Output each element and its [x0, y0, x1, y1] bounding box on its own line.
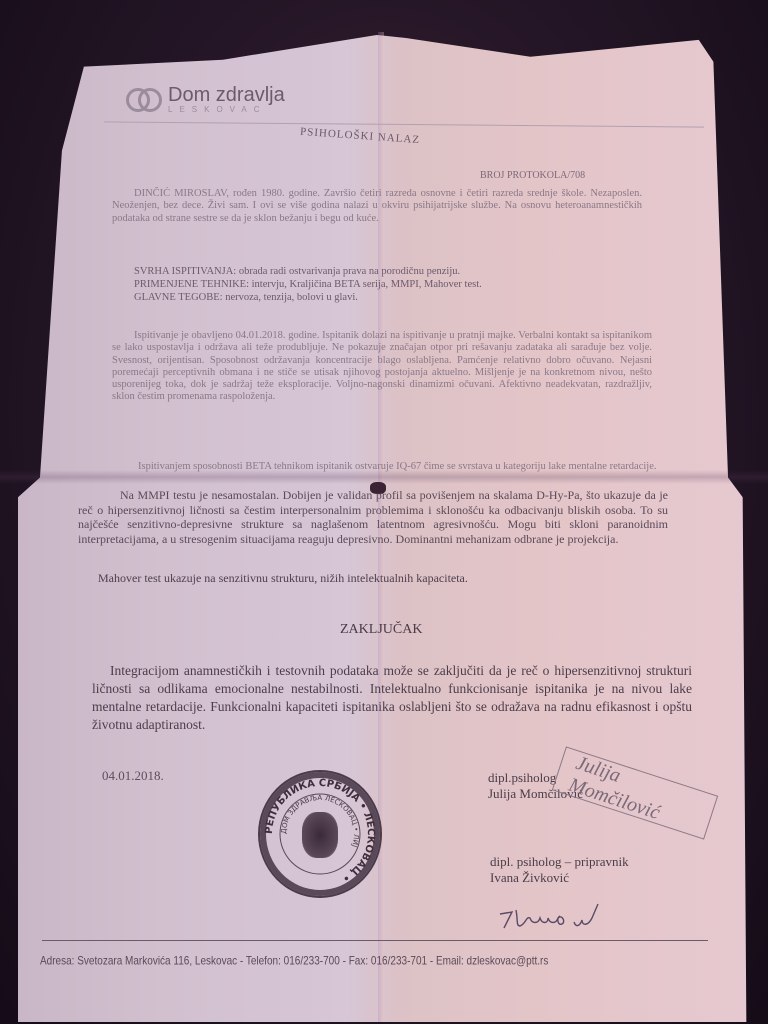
techniques-label: PRIMENJENE TEHNIKE:: [134, 279, 249, 290]
beta-paragraph: Ispitivanjem sposobnosti BETA tehnikom i…: [92, 461, 662, 473]
signatory-2-name: Ivana Živković: [490, 870, 629, 886]
document-date: 04.01.2018.: [102, 768, 164, 784]
conclusion-paragraph: Integracijom anamnestičkih i testovnih p…: [92, 662, 692, 734]
machover-paragraph: Mahover test ukazuje na senzitivnu struk…: [98, 572, 618, 584]
examination-paragraph: Ispitivanje je obavljeno 04.01.2018. god…: [112, 330, 652, 404]
signatory-2: dipl. psiholog – pripravnik Ivana Živkov…: [490, 854, 629, 886]
institution-logo: Dom zdravlja LESKOVAC: [126, 84, 285, 114]
institution-city: LESKOVAC: [168, 105, 285, 114]
signatory-2-role: dipl. psiholog – pripravnik: [490, 854, 629, 870]
mmpi-paragraph: Na MMPI testu je nesamostalan. Dobijen j…: [78, 488, 668, 546]
complaints-value: nervoza, tenzija, bolovi u glavi.: [225, 292, 358, 303]
patient-intro: DINČIĆ MIROSLAV, rođen 1980. godine. Zav…: [112, 188, 642, 225]
footer-divider: [42, 940, 708, 941]
complaints-label: GLAVNE TEGOBE:: [134, 292, 223, 303]
purpose-label: SVRHA ISPITIVANJA:: [134, 266, 236, 277]
institution-name: Dom zdravlja: [168, 85, 285, 105]
footer-contact: Adresa: Svetozara Markovića 116, Leskova…: [40, 955, 548, 968]
official-round-seal: РЕПУБЛИКА СРБИЈА • ЛЕСКОВАЦ • ДОМ ЗДРАВЉ…: [258, 770, 382, 898]
protocol-number: BROJ PROTOKOLA/708: [480, 170, 585, 181]
coat-of-arms-icon: [302, 812, 338, 858]
purpose-value: obrada radi ostvarivanja prava na porodi…: [239, 266, 460, 277]
intertwined-circles-logo-icon: [126, 84, 162, 114]
techniques-line: PRIMENJENE TEHNIKE: intervju, Kraljičina…: [134, 279, 482, 290]
techniques-value: intervju, Kraljičina BETA serija, MMPI, …: [252, 279, 482, 290]
complaints-line: GLAVNE TEGOBE: nervoza, tenzija, bolovi …: [134, 292, 358, 303]
purpose-line: SVRHA ISPITIVANJA: obrada radi ostvariva…: [134, 266, 460, 277]
conclusion-title: ZAKLJUČAK: [340, 622, 422, 638]
handwritten-signature-icon: [496, 900, 606, 934]
